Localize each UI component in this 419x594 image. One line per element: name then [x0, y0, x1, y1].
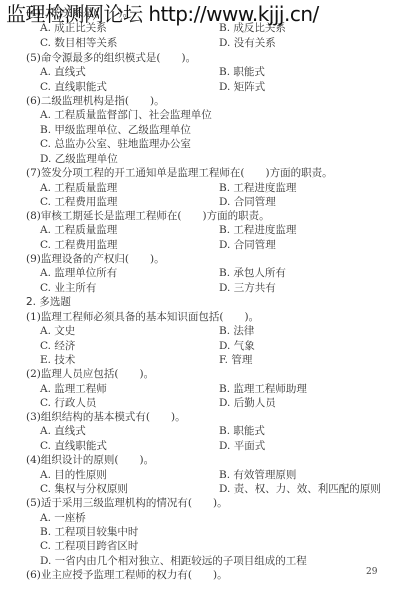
question-text: (5)命令源最多的组织模式是( )。	[26, 51, 196, 65]
option-text: A. 目的性原则	[40, 468, 107, 482]
option-text: C. 经济	[40, 339, 75, 353]
option-text: B. 工程项目较集中时	[40, 525, 138, 539]
option-text: B. 职能式	[219, 65, 265, 79]
option-text: A. 工程质量监理	[40, 223, 117, 237]
option-text: B. 甲级监理单位、乙级监理单位	[40, 123, 191, 137]
option-text: D. 气象	[219, 339, 255, 353]
option-text: B. 有效管理原则	[219, 468, 296, 482]
option-text: C. 工程项目跨省区时	[40, 539, 138, 553]
option-text: A. 监理单位所有	[40, 266, 117, 280]
option-text: D. 责、权、力、效、利匹配的原则	[219, 482, 381, 496]
question-text: (1)监理工程师必须具备的基本知识面包括( )。	[26, 310, 259, 324]
option-text: C. 直线职能式	[40, 80, 107, 94]
option-text: B. 法律	[219, 324, 254, 338]
option-text: D. 合同管理	[219, 238, 276, 252]
option-text: D. 合同管理	[219, 195, 276, 209]
option-text: E. 技术	[40, 353, 75, 367]
question-text: (4)组织设计的原则( )。	[26, 453, 154, 467]
question-text: (6)二级监理机构是指( )。	[26, 94, 165, 108]
question-text: (9)监理设备的产权归( )。	[26, 252, 165, 266]
option-text: A. 直线式	[40, 424, 86, 438]
option-text: B. 承包人所有	[219, 266, 286, 280]
option-text: D. 没有关系	[219, 36, 276, 50]
question-text: (2)监理人员应包括( )。	[26, 367, 154, 381]
option-text: F. 管理	[219, 353, 252, 367]
question-text: (7)签发分项工程的开工通知单是监理工程师在( )方面的职责。	[26, 166, 333, 180]
option-text: A. 直线式	[40, 65, 86, 79]
option-text: B. 职能式	[219, 424, 265, 438]
section-heading: 2. 多选题	[26, 295, 71, 309]
option-text: C. 集权与分权原则	[40, 482, 128, 496]
option-text: A. 一座桥	[40, 511, 86, 525]
page-number: 29	[366, 567, 377, 577]
option-text: C. 业主所有	[40, 281, 96, 295]
option-text: A. 监理工程师	[40, 382, 107, 396]
option-text: A. 工程质量监督部门、社会监理单位	[40, 108, 212, 122]
option-text: B. 工程进度监理	[219, 181, 296, 195]
option-text: D. 后勤人员	[219, 396, 276, 410]
watermark: 监理检测网论坛 http://www.kjjj.cn/	[6, 2, 319, 26]
option-text: C. 数目相等关系	[40, 36, 117, 50]
option-text: D. 三方共有	[219, 281, 276, 295]
option-text: C. 行政人员	[40, 396, 96, 410]
option-text: D. 矩阵式	[219, 80, 265, 94]
option-text: D. 平面式	[219, 439, 265, 453]
option-text: D. 一省内由几个相对独立、相距较远的子项目组成的工程	[40, 554, 307, 568]
option-text: C. 总监办公室、驻地监理办公室	[40, 137, 191, 151]
option-text: D. 乙级监理单位	[40, 152, 118, 166]
option-text: C. 工程费用监理	[40, 238, 117, 252]
option-text: A. 工程质量监理	[40, 181, 117, 195]
option-text: B. 工程进度监理	[219, 223, 296, 237]
question-text: (3)组织结构的基本模式有( )。	[26, 410, 186, 424]
option-text: B. 监理工程师助理	[219, 382, 307, 396]
option-text: A. 文史	[40, 324, 75, 338]
option-text: C. 直线职能式	[40, 439, 107, 453]
document-page: (4)…的关系是( )。A. 成正比关系B. 成反比关系C. 数目相等关系D. …	[0, 0, 419, 594]
question-text: (8)审核工期延长是监理工程师在( )方面的职责。	[26, 209, 270, 223]
question-text: (6)业主应授予监理工程师的权力有( )。	[26, 568, 228, 582]
option-text: C. 工程费用监理	[40, 195, 117, 209]
question-text: (5)适于采用三级监理机构的情况有( )。	[26, 496, 228, 510]
